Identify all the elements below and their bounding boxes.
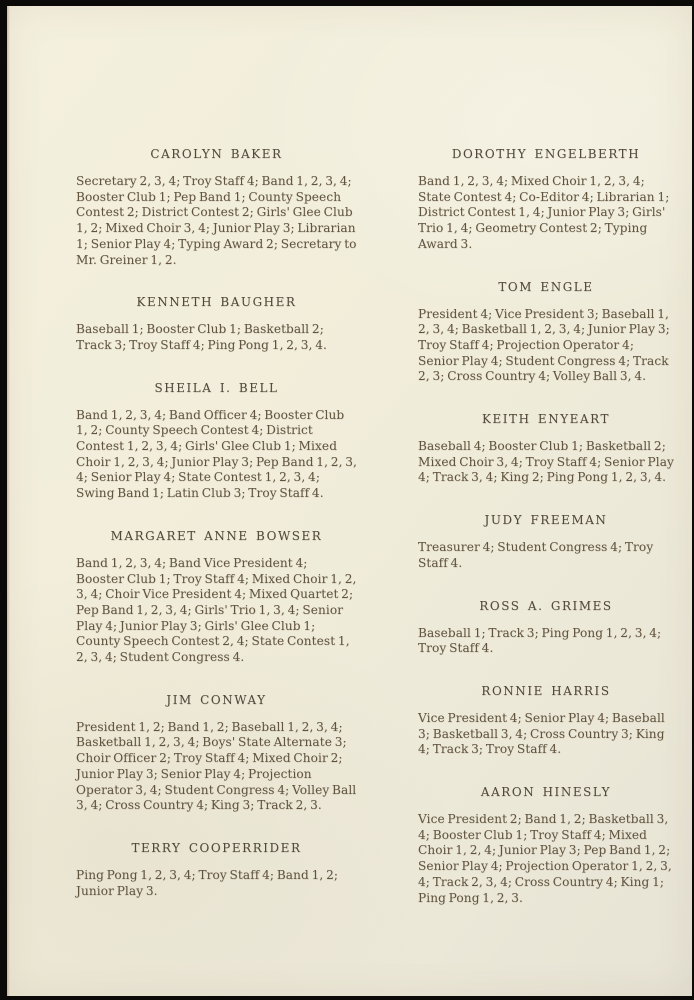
student-entry-ronnie-harris: RONNIE HARRIS Vice President 4; Senior P… [418,684,674,758]
student-activities: Treasurer 4; Student Congress 4; Troy St… [418,540,674,571]
student-activities: Band 1, 2, 3, 4; Band Vice President 4; … [76,556,357,666]
student-activities: President 4; Vice President 3; Baseball … [418,307,674,386]
student-entry-terry-cooperrider: TERRY COOPERRIDER Ping Pong 1, 2, 3, 4; … [76,841,357,899]
student-activities: President 1, 2; Band 1, 2; Baseball 1, 2… [76,720,357,814]
student-name: JIM CONWAY [76,693,357,707]
student-name: KENNETH BAUGHER [76,295,357,309]
student-entry-aaron-hinesly: AARON HINESLY Vice President 2; Band 1, … [418,785,674,906]
student-entry-judy-freeman: JUDY FREEMAN Treasurer 4; Student Congre… [418,513,674,571]
student-name: TOM ENGLE [418,280,674,294]
student-activities: Baseball 4; Booster Club 1; Basketball 2… [418,439,674,486]
student-entry-kenneth-baugher: KENNETH BAUGHER Baseball 1; Booster Club… [76,295,357,353]
student-activities: Vice President 4; Senior Play 4; Basebal… [418,711,674,758]
student-entry-carolyn-baker: CAROLYN BAKER Secretary 2, 3, 4; Troy St… [76,147,357,268]
paper-page: CAROLYN BAKER Secretary 2, 3, 4; Troy St… [7,6,692,996]
student-entry-keith-enyeart: KEITH ENYEART Baseball 4; Booster Club 1… [418,412,674,486]
student-name: DOROTHY ENGELBERTH [418,147,674,161]
student-entry-dorothy-engelberth: DOROTHY ENGELBERTH Band 1, 2, 3, 4; Mixe… [418,147,674,253]
student-activities: Ping Pong 1, 2, 3, 4; Troy Staff 4; Band… [76,868,357,899]
student-activities: Band 1, 2, 3, 4; Band Officer 4; Booster… [76,408,357,502]
left-column: CAROLYN BAKER Secretary 2, 3, 4; Troy St… [76,147,357,899]
student-entry-ross-grimes: ROSS A. GRIMES Baseball 1; Track 3; Ping… [418,599,674,657]
student-name: RONNIE HARRIS [418,684,674,698]
student-name: JUDY FREEMAN [418,513,674,527]
student-entry-sheila-bell: SHEILA I. BELL Band 1, 2, 3, 4; Band Off… [76,381,357,502]
student-name: AARON HINESLY [418,785,674,799]
student-name: KEITH ENYEART [418,412,674,426]
page-edge-tint [7,6,10,996]
student-entry-tom-engle: TOM ENGLE President 4; Vice President 3;… [418,280,674,386]
student-activities: Band 1, 2, 3, 4; Mixed Choir 1, 2, 3, 4;… [418,174,674,253]
student-name: ROSS A. GRIMES [418,599,674,613]
right-column: DOROTHY ENGELBERTH Band 1, 2, 3, 4; Mixe… [418,147,674,906]
student-entry-margaret-bowser: MARGARET ANNE BOWSER Band 1, 2, 3, 4; Ba… [76,529,357,666]
student-activities: Secretary 2, 3, 4; Troy Staff 4; Band 1,… [76,174,357,268]
student-activities: Vice President 2; Band 1, 2; Basketball … [418,812,674,906]
student-activities: Baseball 1; Booster Club 1; Basketball 2… [76,322,357,353]
scanned-yearbook-page: { "page": { "paper_color": "#f1edda", "i… [0,0,694,1000]
student-entry-jim-conway: JIM CONWAY President 1, 2; Band 1, 2; Ba… [76,693,357,814]
student-name: MARGARET ANNE BOWSER [76,529,357,543]
student-name: TERRY COOPERRIDER [76,841,357,855]
student-activities: Baseball 1; Track 3; Ping Pong 1, 2, 3, … [418,626,674,657]
student-name: SHEILA I. BELL [76,381,357,395]
student-name: CAROLYN BAKER [76,147,357,161]
